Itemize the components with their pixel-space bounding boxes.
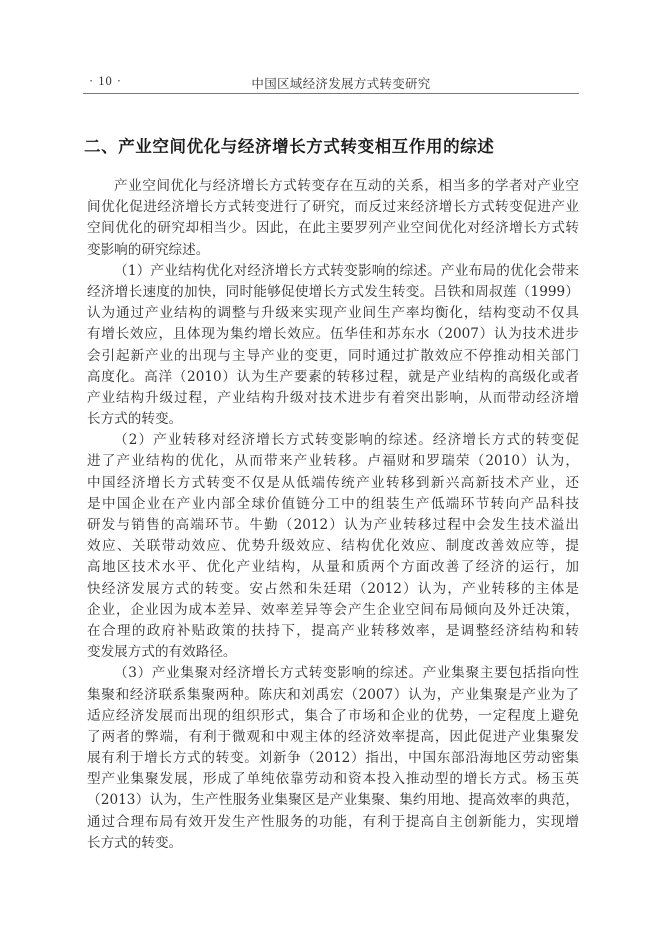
text-line: 产业结构升级过程，产业结构升级对技术进步有着突出影响，从而带动经济增 — [87, 388, 579, 409]
text-line: 集聚和经济联系集聚两种。陈庆和刘禹宏（2007）认为，产业集聚是产业为了 — [87, 685, 579, 706]
text-line: 认为通过产业结构的调整与升级来实现产业间生产率均衡化，结构变动不仅具 — [87, 303, 579, 324]
text-line: 中国经济增长方式转变不仅是从低端传统产业转移到新兴高新技术产业，还 — [87, 473, 579, 494]
paragraph-industrial-structure: （1）产业结构优化对经济增长方式转变影响的综述。产业布局的优化会带来 经济增长速… — [87, 261, 579, 431]
text-line: 长方式的转变。 — [87, 833, 579, 854]
text-line: 变发展方式的有效路径。 — [87, 642, 579, 663]
text-line: （1）产业结构优化对经济增长方式转变影响的综述。产业布局的优化会带来 — [87, 261, 579, 282]
text-line: 快经济发展方式的转变。安占然和朱廷珺（2012）认为，产业转移的主体是 — [87, 579, 579, 600]
text-line: 了两者的弊端，有利于微观和中观主体的经济效率提高，因此促进产业集聚发 — [87, 727, 579, 748]
book-title: 中国区域经济发展方式转变研究 — [83, 74, 579, 92]
text-line: 适应经济发展而出现的组织形式，集合了市场和企业的优势，一定程度上避免 — [87, 706, 579, 727]
text-line: 研发与销售的高端环节。牛勤（2012）认为产业转移过程中会发生技术溢出 — [87, 515, 579, 536]
text-line: 会引起新产业的出现与主导产业的变更，同时通过扩散效应不停推动相关部门 — [87, 346, 579, 367]
paragraph-industrial-agglomeration: （3）产业集聚对经济增长方式转变影响的综述。产业集聚主要包括指向性 集聚和经济联… — [87, 663, 579, 854]
text-line: 效应、关联带动效应、优势升级效应、结构优化效应、制度改善效应等，提 — [87, 536, 579, 557]
body-text: 产业空间优化与经济增长方式转变存在互动的关系，相当多的学者对产业空 间优化促进经… — [87, 176, 579, 854]
text-line: 间优化促进经济增长方式转变进行了研究，而反过来经济增长方式转变促进产业 — [87, 197, 579, 218]
text-line: 是中国企业在产业内部全球价值链分工中的组装生产低端环节转向产品科技 — [87, 494, 579, 515]
paragraph-industrial-transfer: （2）产业转移对经济增长方式转变影响的综述。经济增长方式的转变促 进了产业结构的… — [87, 430, 579, 663]
header-divider — [83, 93, 579, 94]
text-line: 长方式的转变。 — [87, 409, 579, 430]
text-line: 经济增长速度的加快，同时能够促使增长方式发生转变。吕铁和周叔莲（1999） — [87, 282, 579, 303]
text-line: 进了产业结构的优化，从而带来产业转移。卢福财和罗瑞荣（2010）认为， — [87, 451, 579, 472]
text-line: 企业，企业因为成本差异、效率差异等会产生企业空间布局倾向及外迁决策， — [87, 600, 579, 621]
text-line: 高度化。高洋（2010）认为生产要素的转移过程，就是产业结构的高级化或者 — [87, 367, 579, 388]
text-line: 变影响的研究综述。 — [87, 240, 579, 261]
text-line: 高地区技术水平、优化产业结构，从量和质两个方面改善了经济的运行，加 — [87, 557, 579, 578]
paragraph-intro: 产业空间优化与经济增长方式转变存在互动的关系，相当多的学者对产业空 间优化促进经… — [87, 176, 579, 261]
text-line: 空间优化的研究却相当少。因此，在此主要罗列产业空间优化对经济增长方式转 — [87, 218, 579, 239]
text-line: 产业空间优化与经济增长方式转变存在互动的关系，相当多的学者对产业空 — [87, 176, 579, 197]
section-heading: 二、产业空间优化与经济增长方式转变相互作用的综述 — [84, 133, 494, 157]
text-line: 在合理的政府补贴政策的扶持下，提高产业转移效率，是调整经济结构和转 — [87, 621, 579, 642]
text-line: 有增长效应，且体现为集约增长效应。伍华佳和苏东水（2007）认为技术进步 — [87, 324, 579, 345]
running-header: · 10 · 中国区域经济发展方式转变研究 — [83, 72, 579, 92]
text-line: 通过合理布局有效开发生产性服务的功能，有利于提高自主创新能力，实现增 — [87, 812, 579, 833]
book-page: · 10 · 中国区域经济发展方式转变研究 二、产业空间优化与经济增长方式转变相… — [0, 0, 661, 925]
text-line: 展有利于增长方式的转变。刘新争（2012）指出，中国东部沿海地区劳动密集 — [87, 748, 579, 769]
text-line: （3）产业集聚对经济增长方式转变影响的综述。产业集聚主要包括指向性 — [87, 663, 579, 684]
text-line: 型产业集聚发展，形成了单纯依靠劳动和资本投入推动型的增长方式。杨玉英 — [87, 769, 579, 790]
text-line: （2013）认为，生产性服务业集聚区是产业集聚、集约用地、提高效率的典范， — [87, 790, 579, 811]
text-line: （2）产业转移对经济增长方式转变影响的综述。经济增长方式的转变促 — [87, 430, 579, 451]
